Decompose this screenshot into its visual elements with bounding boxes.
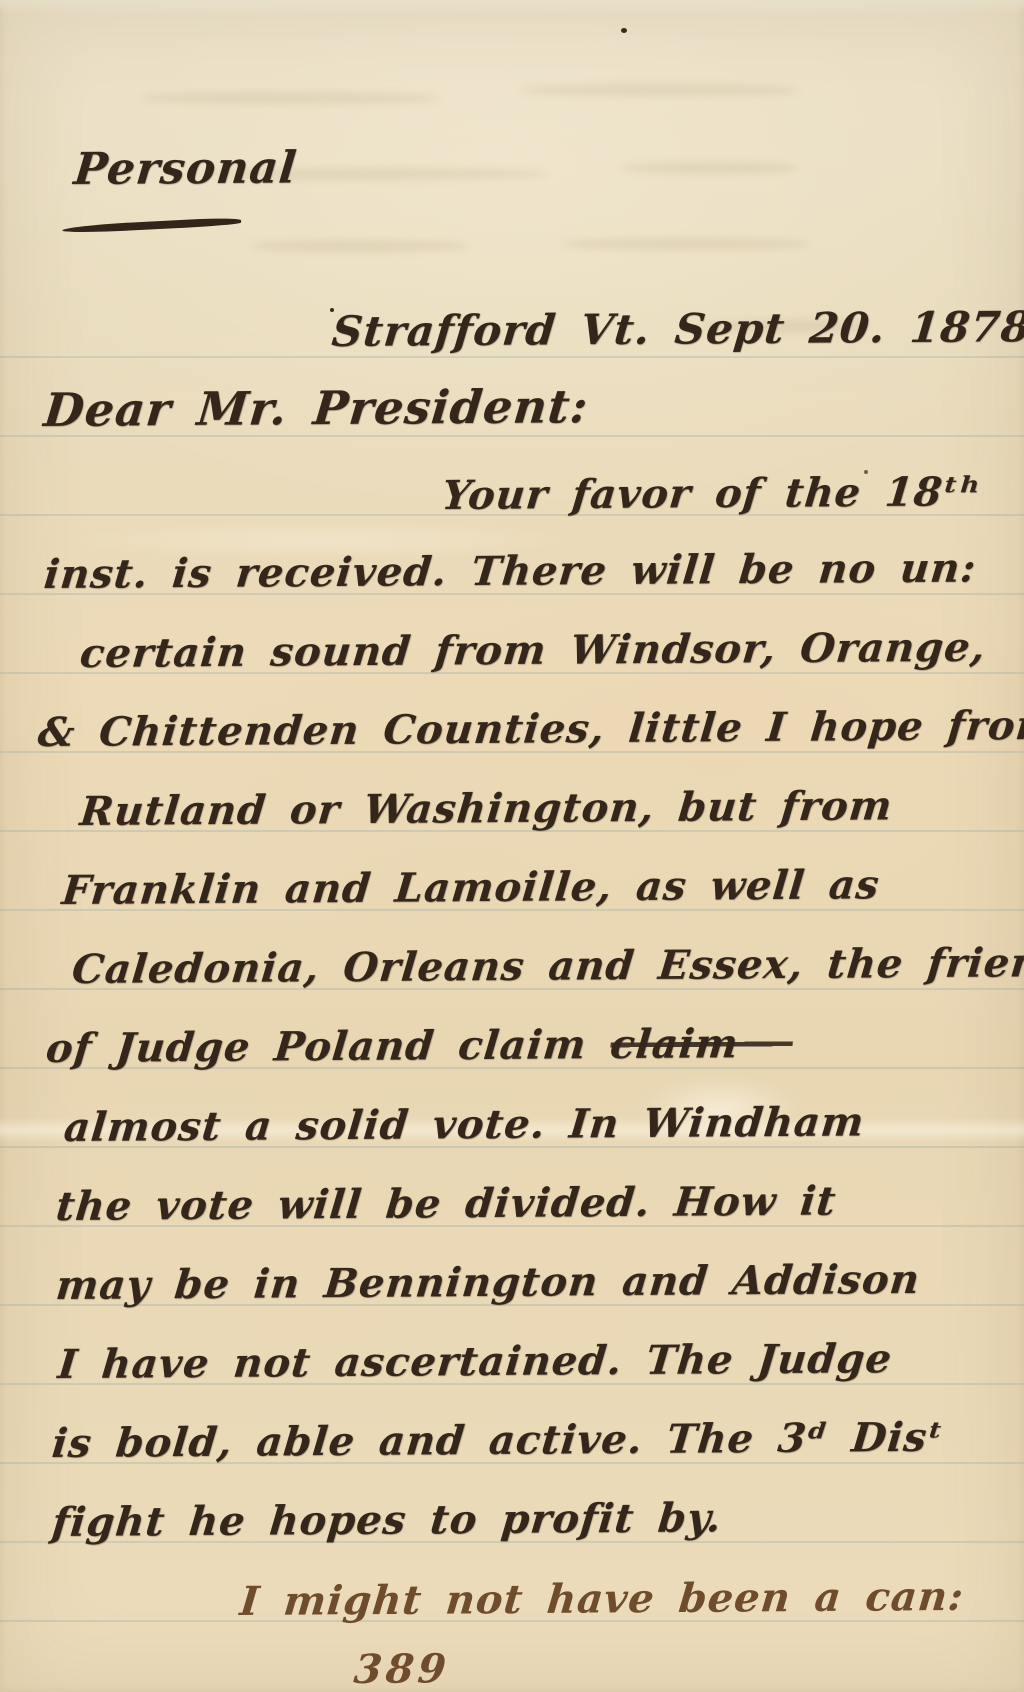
ink-speck bbox=[621, 28, 627, 33]
letter-line: almost a solid vote. In Windham bbox=[62, 1100, 866, 1150]
letter-line: inst. is received. There will be no un: bbox=[42, 546, 978, 597]
letter-salutation: Dear Mr. President: bbox=[42, 384, 590, 432]
letter-line: Your favor of the 18ᵗʰ bbox=[440, 470, 983, 518]
bleed-through bbox=[140, 92, 440, 104]
letter-line: & Chittenden Counties, little I hope fro… bbox=[36, 704, 1024, 755]
letter-line: I have not ascertained. The Judge bbox=[56, 1337, 894, 1387]
letter-line-text: of Judge Poland claim bbox=[44, 1021, 613, 1072]
struck-word: claim bbox=[608, 1020, 795, 1068]
letter-page: Personal Strafford Vt. Sept 20. 1878 Dea… bbox=[0, 0, 1024, 1692]
letter-line: Rutland or Washington, but from bbox=[78, 784, 895, 834]
letter-line: of Judge Poland claim claim bbox=[44, 1022, 795, 1071]
letter-annotation: Personal bbox=[72, 146, 299, 192]
letter-dateline: Strafford Vt. Sept 20. 1878 bbox=[330, 305, 1024, 354]
page-number: 389 bbox=[352, 1647, 452, 1692]
letter-line: Caledonia, Orleans and Essex, the friend… bbox=[70, 941, 1024, 992]
annotation-underline-stroke bbox=[62, 217, 241, 234]
letter-line: I might not have been a can: bbox=[238, 1575, 966, 1624]
annotation-text: Personal bbox=[72, 142, 300, 195]
letter-line: certain sound from Windsor, Orange, bbox=[78, 626, 988, 676]
letter-line: Franklin and Lamoille, as well as bbox=[60, 863, 882, 913]
bleed-through bbox=[250, 240, 470, 252]
letter-line: the vote will be divided. How it bbox=[54, 1180, 838, 1229]
letter-line: may be in Bennington and Addison bbox=[54, 1258, 922, 1308]
bleed-through bbox=[560, 238, 810, 250]
bleed-through bbox=[520, 84, 800, 96]
bleed-through bbox=[620, 162, 800, 174]
letter-line: is bold, able and active. The 3ᵈ Disᵗ bbox=[50, 1416, 945, 1466]
letter-line: fight he hopes to profit by. bbox=[50, 1496, 724, 1545]
scan-edge bbox=[0, 0, 1024, 14]
